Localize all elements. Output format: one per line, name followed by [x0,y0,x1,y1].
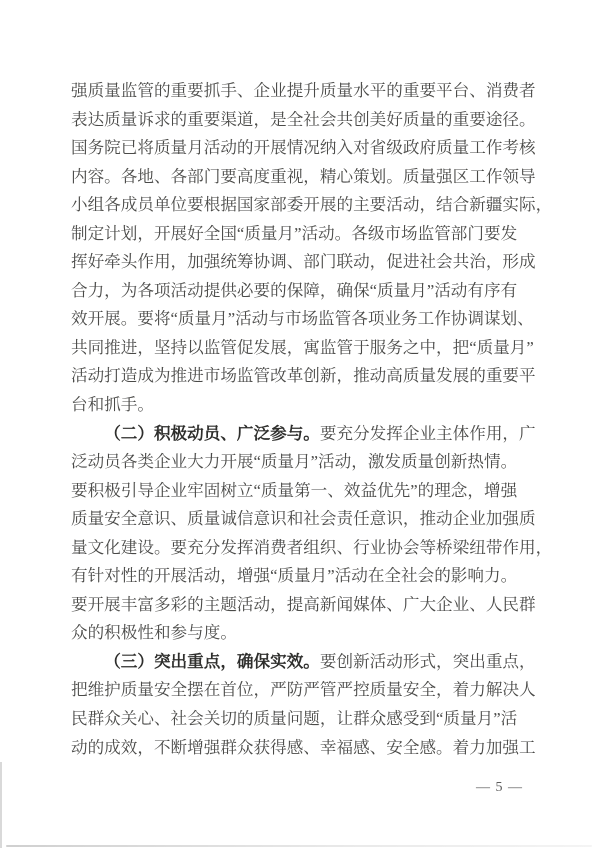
text-line-content: 效开展。要将“质量月”活动与市场监管各项业务工作协调谋划、 [71,309,534,328]
text-line-content: 要创新活动形式，突出重点， [320,652,536,671]
text-line-content: 共同推进，坚持以监管促发展，寓监管于服务之中，把“质量月” [71,338,534,357]
text-line-heading: （二）积极动员、广泛参与。要充分发挥企业主体作用，广 [71,420,545,449]
text-line-content: 内容。各地、各部门要高度重视，精心策划。质量强区工作领导 [71,167,536,186]
section-heading-lead: （二）积极动员、广泛参与。 [104,424,320,443]
text-line-content: 要充分发挥企业主体作用，广 [320,424,536,443]
text-line: 活动打造成为推进市场监管改革创新，推动高质量发展的重要平 [71,362,545,391]
text-line: 要开展丰富多彩的主题活动，提高新闻媒体、广大企业、人民群 [71,591,545,620]
text-line-content: 合力，为各项活动提供必要的保障，确保“质量月”活动有序有 [71,281,517,300]
text-line: 量文化建设。要充分发挥消费者组织、行业协会等桥梁纽带作用， [71,534,545,563]
text-line-content: 挥好牵头作用，加强统筹协调、部门联动，促进社会共治，形成 [71,252,536,271]
text-line-content: 民群众关心、社会关切的质量问题，让群众感受到“质量月”活 [71,709,517,728]
text-line-content: 质量安全意识、质量诚信意识和社会责任意识，推动企业加强质 [71,509,536,528]
text-line-content: 把维护质量安全摆在首位，严防严管严控质量安全，着力解决人 [71,680,536,699]
text-line: 有针对性的开展活动，增强“质量月”活动在全社会的影响力。 [71,562,545,591]
text-line: 共同推进，坚持以监管促发展，寓监管于服务之中，把“质量月” [71,334,545,363]
text-line-content: 国务院已将质量月活动的开展情况纳入对省级政府质量工作考核 [71,138,536,157]
text-line: 台和抓手。 [71,391,545,420]
text-line: 内容。各地、各部门要高度重视，精心策划。质量强区工作领导 [71,163,545,192]
text-line-content: 众的积极性和参与度。 [71,623,237,642]
text-line-content: 量文化建设。要充分发挥消费者组织、行业协会等桥梁纽带作用， [71,538,552,557]
text-line-content: 泛动员各类企业大力开展“质量月”活动，激发质量创新热情。 [71,452,517,471]
document-body: 强质量监管的重要抓手、企业提升质量水平的重要平台、消费者表达质量诉求的重要渠道，… [71,77,545,762]
text-line: 众的积极性和参与度。 [71,619,545,648]
text-line: 强质量监管的重要抓手、企业提升质量水平的重要平台、消费者 [71,77,545,106]
text-line: 表达质量诉求的重要渠道，是全社会共创美好质量的重要途径。 [71,106,545,135]
text-line: 把维护质量安全摆在首位，严防严管严控质量安全，着力解决人 [71,676,545,705]
text-line-content: 要开展丰富多彩的主题活动，提高新闻媒体、广大企业、人民群 [71,595,536,614]
text-line-content: 小组各成员单位要根据国家部委开展的主要活动，结合新疆实际， [71,195,552,214]
text-line-content: 强质量监管的重要抓手、企业提升质量水平的重要平台、消费者 [71,81,536,100]
text-line: 效开展。要将“质量月”活动与市场监管各项业务工作协调谋划、 [71,305,545,334]
text-line: 合力，为各项活动提供必要的保障，确保“质量月”活动有序有 [71,277,545,306]
text-line: 国务院已将质量月活动的开展情况纳入对省级政府质量工作考核 [71,134,545,163]
text-line: 制定计划，开展好全国“质量月”活动。各级市场监管部门要发 [71,220,545,249]
text-line-content: 制定计划，开展好全国“质量月”活动。各级市场监管部门要发 [71,224,517,243]
text-line-content: 台和抓手。 [71,395,154,414]
text-line: 动的成效，不断增强群众获得感、幸福感、安全感。着力加强工 [71,734,545,763]
document-page: 强质量监管的重要抓手、企业提升质量水平的重要平台、消费者表达质量诉求的重要渠道，… [0,0,600,848]
text-line: 要积极引导企业牢固树立“质量第一、效益优先”的理念，增强 [71,477,545,506]
text-line: 小组各成员单位要根据国家部委开展的主要活动，结合新疆实际， [71,191,545,220]
text-line-content: 活动打造成为推进市场监管改革创新，推动高质量发展的重要平 [71,366,536,385]
text-line-content: 要积极引导企业牢固树立“质量第一、效益优先”的理念，增强 [71,481,517,500]
section-heading-lead: （三）突出重点，确保实效。 [104,652,320,671]
page-number: — 5 — [476,780,523,796]
text-line: 质量安全意识、质量诚信意识和社会责任意识，推动企业加强质 [71,505,545,534]
text-line: 民群众关心、社会关切的质量问题，让群众感受到“质量月”活 [71,705,545,734]
text-line-content: 动的成效，不断增强群众获得感、幸福感、安全感。着力加强工 [71,738,536,757]
text-line: 挥好牵头作用，加强统筹协调、部门联动，促进社会共治，形成 [71,248,545,277]
text-line-heading: （三）突出重点，确保实效。要创新活动形式，突出重点， [71,648,545,677]
scan-edge-left [0,762,2,848]
text-line: 泛动员各类企业大力开展“质量月”活动，激发质量创新热情。 [71,448,545,477]
text-line-content: 有针对性的开展活动，增强“质量月”活动在全社会的影响力。 [71,566,517,585]
scan-edge-bottom [6,845,592,847]
text-line-content: 表达质量诉求的重要渠道，是全社会共创美好质量的重要途径。 [71,110,536,129]
